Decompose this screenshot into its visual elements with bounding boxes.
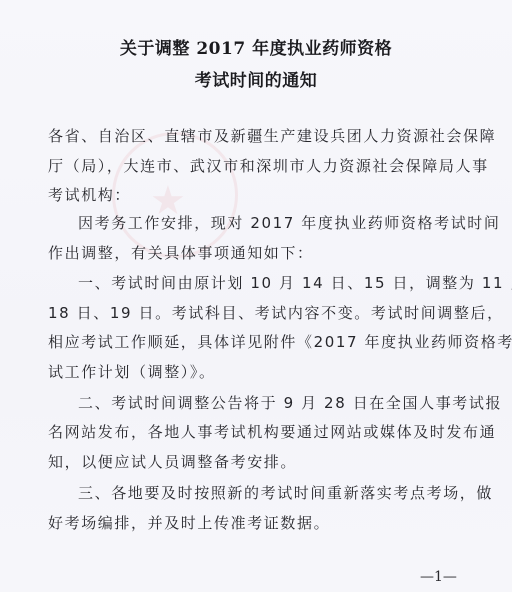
item-3-line-1: 三、各地要及时按照新的考试时间重新落实考点考场，做	[78, 482, 493, 503]
addressee-line-2: 厅（局），大连市、武汉市和深圳市人力资源社会保障局人事	[48, 155, 489, 176]
document-title-line-2: 考试时间的通知	[0, 66, 512, 91]
item-3-line-2: 好考场编排，并及时上传准考证数据。	[48, 512, 330, 533]
page-number: —1—	[420, 569, 457, 585]
item-2-line-1: 二、考试时间调整公告将于 9 月 28 日在全国人事考试报	[78, 392, 502, 413]
item-2-line-3: 知，以便应试人员调整备考安排。	[48, 451, 297, 472]
item-1-line-3: 相应考试工作顺延，具体详见附件《2017 年度执业药师资格考	[48, 331, 512, 352]
item-2-line-2: 名网站发布，各地人事考试机构要通过网站或媒体及时发布通	[48, 421, 496, 442]
addressee-line-3: 考试机构：	[48, 184, 131, 205]
item-1-line-4: 试工作计划（调整）》。	[48, 361, 216, 382]
item-1-line-1: 一、考试时间由原计划 10 月 14 日、15 日，调整为 11 月	[78, 272, 512, 293]
addressee-line-1: 各省、自治区、直辖市及新疆生产建设兵团人力资源社会保障	[48, 125, 496, 146]
intro-paragraph-line-2: 作出调整，有关具体事项通知如下：	[48, 242, 314, 263]
document-page: ★ 关于调整 2017 年度执业药师资格 考试时间的通知 各省、自治区、直辖市及…	[0, 0, 512, 592]
intro-paragraph-line-1: 因考务工作安排，现对 2017 年度执业药师资格考试时间	[78, 212, 501, 233]
document-title-line-1: 关于调整 2017 年度执业药师资格	[0, 34, 512, 59]
item-1-line-2: 18 日、19 日。考试科目、考试内容不变。考试时间调整后，	[48, 302, 504, 323]
